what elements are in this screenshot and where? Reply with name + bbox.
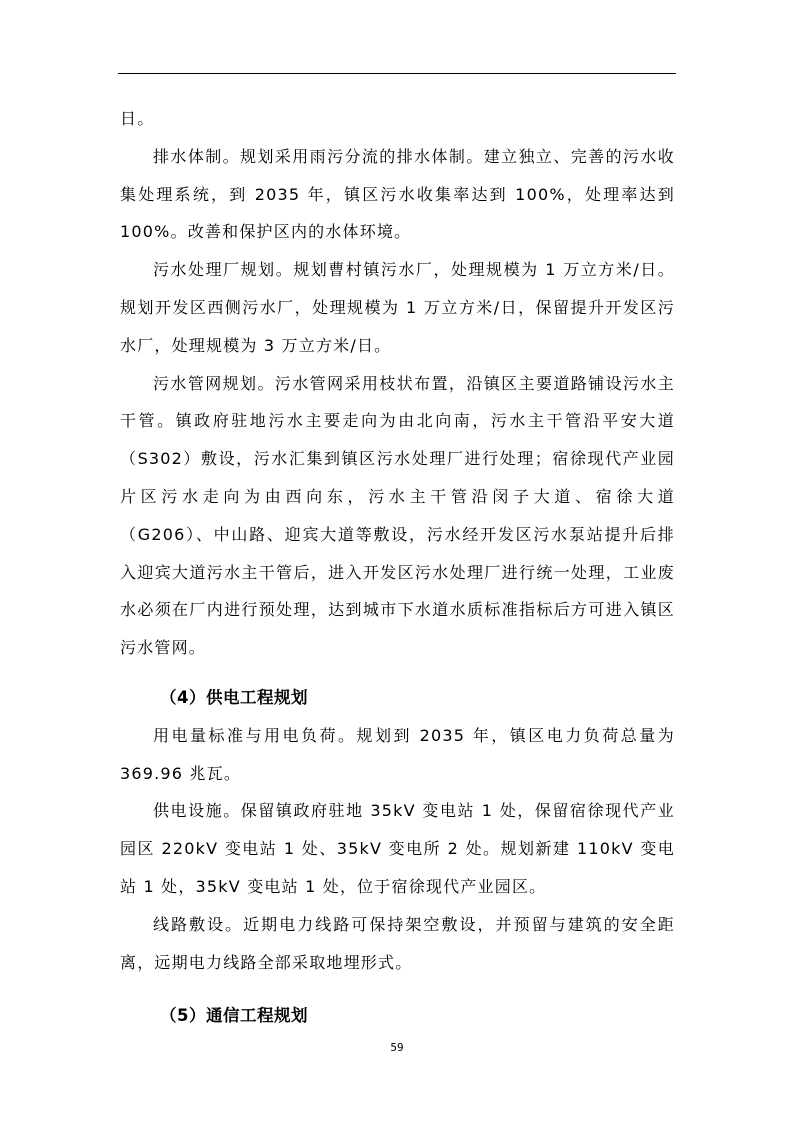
paragraph-line-laying: 线路敷设。近期电力线路可保持架空敷设，并预留与建筑的安全距离，远期电力线路全部采…	[120, 906, 675, 982]
section-heading-power-supply: （4）供电工程规划	[120, 679, 675, 717]
page-number: 59	[0, 1041, 794, 1054]
section-heading-telecom: （5）通信工程规划	[120, 997, 675, 1035]
paragraph-drainage-system: 排水体制。规划采用雨污分流的排水体制。建立独立、完善的污水收集处理系统，到 20…	[120, 138, 675, 251]
paragraph-continuation: 日。	[120, 100, 675, 138]
document-body: 日。 排水体制。规划采用雨污分流的排水体制。建立独立、完善的污水收集处理系统，到…	[120, 100, 675, 1035]
paragraph-sewage-plant: 污水处理厂规划。规划曹村镇污水厂，处理规模为 1 万立方米/日。规划开发区西侧污…	[120, 251, 675, 364]
paragraph-power-facilities: 供电设施。保留镇政府驻地 35kV 变电站 1 处，保留宿徐现代产业园区 220…	[120, 792, 675, 905]
header-rule	[118, 73, 676, 74]
paragraph-power-load: 用电量标准与用电负荷。规划到 2035 年，镇区电力负荷总量为 369.96 兆…	[120, 717, 675, 793]
paragraph-sewage-network: 污水管网规划。污水管网采用枝状布置，沿镇区主要道路铺设污水主干管。镇政府驻地污水…	[120, 365, 675, 667]
